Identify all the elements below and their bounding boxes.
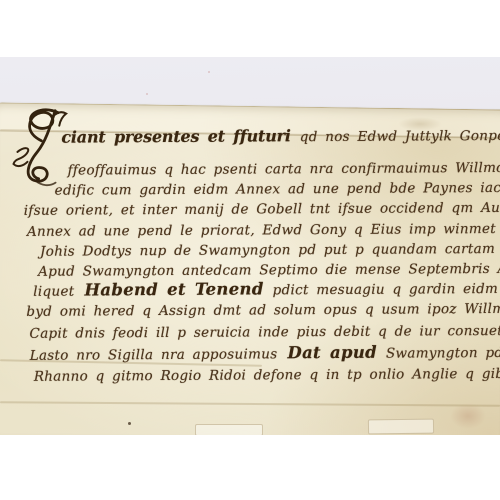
line-text: ciant presentes et ffuturi (61, 126, 291, 146)
manuscript-photograph: S ciant presentes et ffuturiqd nos Edwd … (0, 57, 500, 435)
manuscript-line: Capit dnis feodi ill p seruicia inde piu… (29, 322, 500, 343)
manuscript-line: Lasto nro Sigilla nra apposuimusDat apud… (30, 343, 500, 365)
manuscript-line: byd omi hered q Assign dmt ad solum opus… (26, 300, 500, 321)
line-text: qd nos Edwd Juttylk Gonpens Ead (300, 128, 500, 146)
manuscript-line: edific cum gardin eidm Annex ad une pend… (55, 179, 500, 200)
manuscript-line: Rhanno q gitmo Rogio Ridoi defone q in t… (34, 365, 500, 386)
manuscript-line: ciant presentes et ffuturiqd nos Edwd Ju… (61, 126, 500, 148)
line-text: liquet (33, 284, 74, 300)
line-text: byd omi hered q Assign dmt ad solum opus… (26, 301, 500, 320)
manuscript-text-block: S ciant presentes et ffuturiqd nos Edwd … (0, 57, 500, 435)
manuscript-line: ifsue orient, et inter manij de Gobell t… (24, 199, 500, 220)
line-text: Capit dnis feodi ill p seruicia inde piu… (29, 323, 500, 342)
line-text: Lasto nro Sigilla nra apposuimus (30, 346, 278, 364)
manuscript-line: ffeoffauimus q hac psenti carta nra conf… (67, 159, 500, 180)
manuscript-line: liquetHabend et Tenendpdict mesuagiu q g… (33, 279, 500, 301)
manuscript-line: Johis Dodtys nup de Swamyngton pd put p … (40, 240, 500, 261)
line-text: edific cum gardin eidm Annex ad une pend… (55, 180, 500, 199)
line-text: Apud Swamyngton antedcam Septimo die men… (38, 261, 500, 280)
line-text: Johis Dodtys nup de Swamyngton pd put p … (40, 241, 500, 260)
line-text: ffeoffauimus q hac psenti carta nra conf… (67, 160, 500, 179)
line-text: ifsue orient, et inter manij de Gobell t… (24, 200, 500, 219)
manuscript-line: Annex ad une pend le priorat, Edwd Gony … (27, 220, 500, 241)
line-text: Annex ad une pend le priorat, Edwd Gony … (27, 221, 500, 240)
manuscript-line: Apud Swamyngton antedcam Septimo die men… (38, 260, 500, 281)
line-text: Dat apud (287, 343, 377, 363)
line-text: pdict mesuagiu q gardin eidm Annoye (273, 281, 500, 299)
line-text: Swamyngton pd (386, 345, 500, 362)
line-text: Habend et Tenend (84, 279, 263, 299)
decorative-initial-icon: S (11, 107, 70, 191)
line-text: Rhanno q gitmo Rogio Ridoi defone q in t… (34, 366, 500, 385)
